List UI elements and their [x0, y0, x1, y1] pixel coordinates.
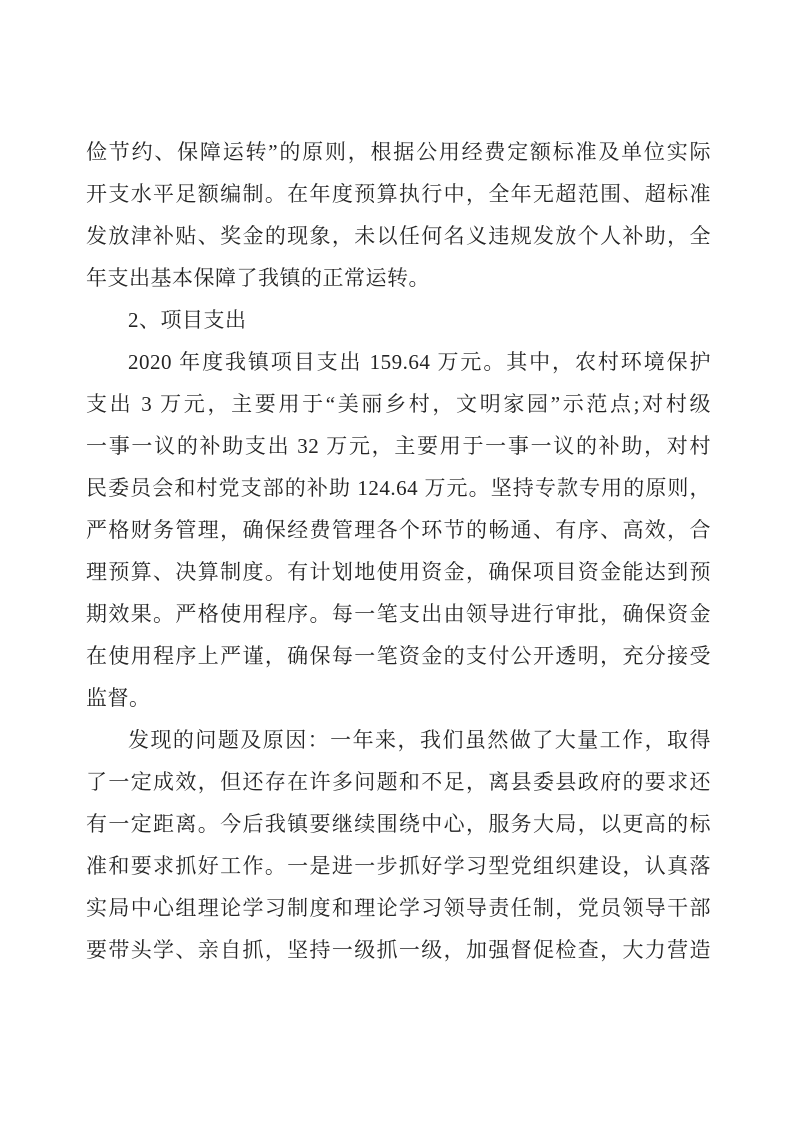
text-line: 民委员会和村党支部的补助 124.64 万元。坚持专款专用的原则， [86, 467, 711, 509]
text-line: 要带头学、亲自抓，坚持一级抓一级，加强督促检查，大力营造 [86, 929, 711, 971]
text-line: 在使用程序上严谨，确保每一笔资金的支付公开透明，充分接受 [86, 635, 711, 677]
text-line: 准和要求抓好工作。一是进一步抓好学习型党组织建设，认真落 [86, 845, 711, 887]
text-line: 实局中心组理论学习制度和理论学习领导责任制，党员领导干部 [86, 887, 711, 929]
text-line: 年支出基本保障了我镇的正常运转。 [86, 257, 711, 299]
text-line: 发放津补贴、奖金的现象，未以任何名义违规发放个人补助，全 [86, 215, 711, 257]
text-line: 2、项目支出 [86, 299, 711, 341]
text-line: 俭节约、保障运转”的原则，根据公用经费定额标准及单位实际 [86, 131, 711, 173]
text-line: 严格财务管理，确保经费管理各个环节的畅通、有序、高效，合 [86, 509, 711, 551]
text-line: 开支水平足额编制。在年度预算执行中，全年无超范围、超标准 [86, 173, 711, 215]
text-line: 理预算、决算制度。有计划地使用资金，确保项目资金能达到预 [86, 551, 711, 593]
text-line: 2020 年度我镇项目支出 159.64 万元。其中，农村环境保护 [86, 341, 711, 383]
text-line: 发现的问题及原因：一年来，我们虽然做了大量工作，取得 [86, 719, 711, 761]
document-body: 俭节约、保障运转”的原则，根据公用经费定额标准及单位实际开支水平足额编制。在年度… [86, 131, 711, 971]
text-line: 期效果。严格使用程序。每一笔支出由领导进行审批，确保资金 [86, 593, 711, 635]
text-line: 了一定成效，但还存在许多问题和不足，离县委县政府的要求还 [86, 761, 711, 803]
text-line: 一事一议的补助支出 32 万元，主要用于一事一议的补助，对村 [86, 425, 711, 467]
text-line: 监督。 [86, 677, 711, 719]
text-line: 有一定距离。今后我镇要继续围绕中心，服务大局，以更高的标 [86, 803, 711, 845]
document-page: 俭节约、保障运转”的原则，根据公用经费定额标准及单位实际开支水平足额编制。在年度… [0, 0, 793, 1122]
text-line: 支出 3 万元，主要用于“美丽乡村，文明家园”示范点;对村级 [86, 383, 711, 425]
